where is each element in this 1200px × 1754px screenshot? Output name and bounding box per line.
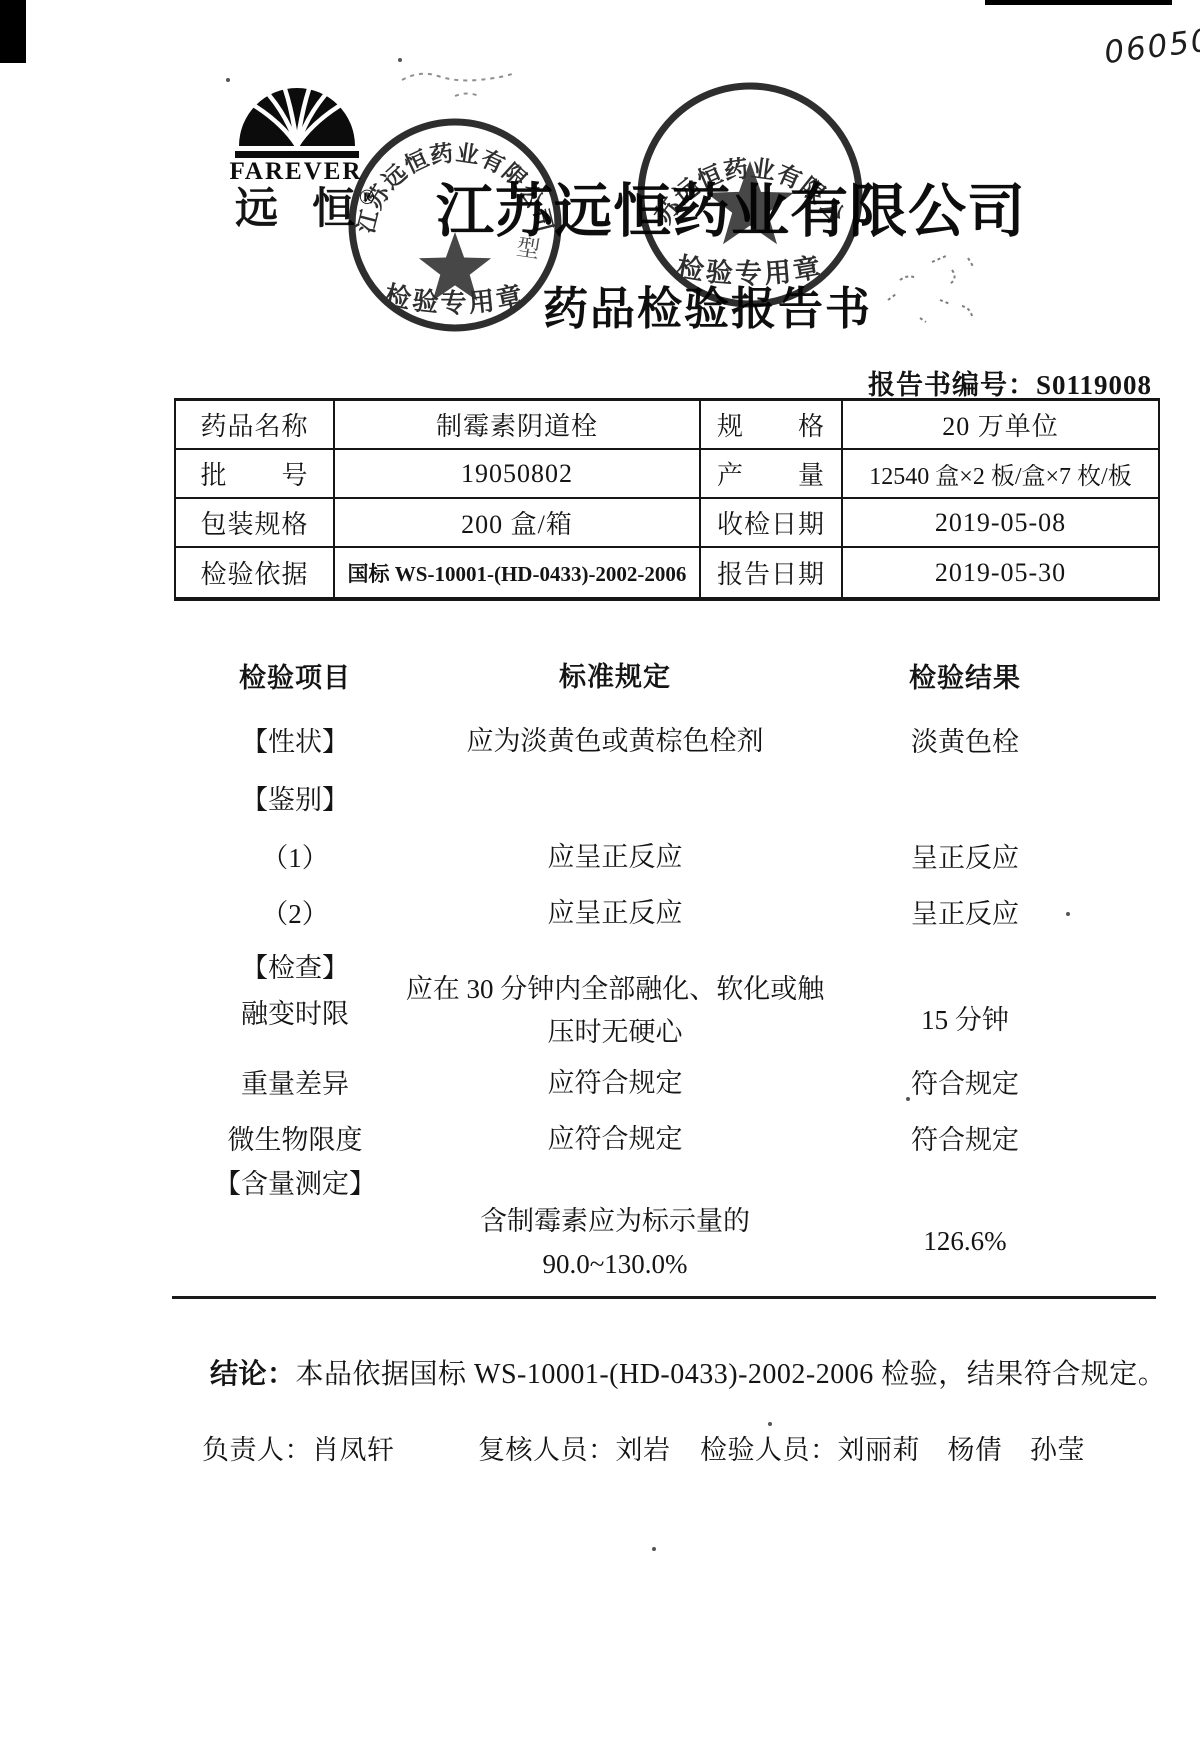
inspection-stamp-icon: 江苏远恒药业有限公司 检验专用章 — [595, 45, 905, 347]
scanned-report-page: 0605054 FAREVER 远 恒 ® 江苏远恒药业有限公司 药品检验报告书… — [0, 0, 1200, 1754]
stamp-bottom-text: 检验专用章 — [675, 251, 826, 289]
inspection-stamp-icon: 江苏远恒药业有限公司 检验专用章 — [340, 112, 572, 340]
svg-text:检验专用章: 检验专用章 — [675, 251, 826, 289]
